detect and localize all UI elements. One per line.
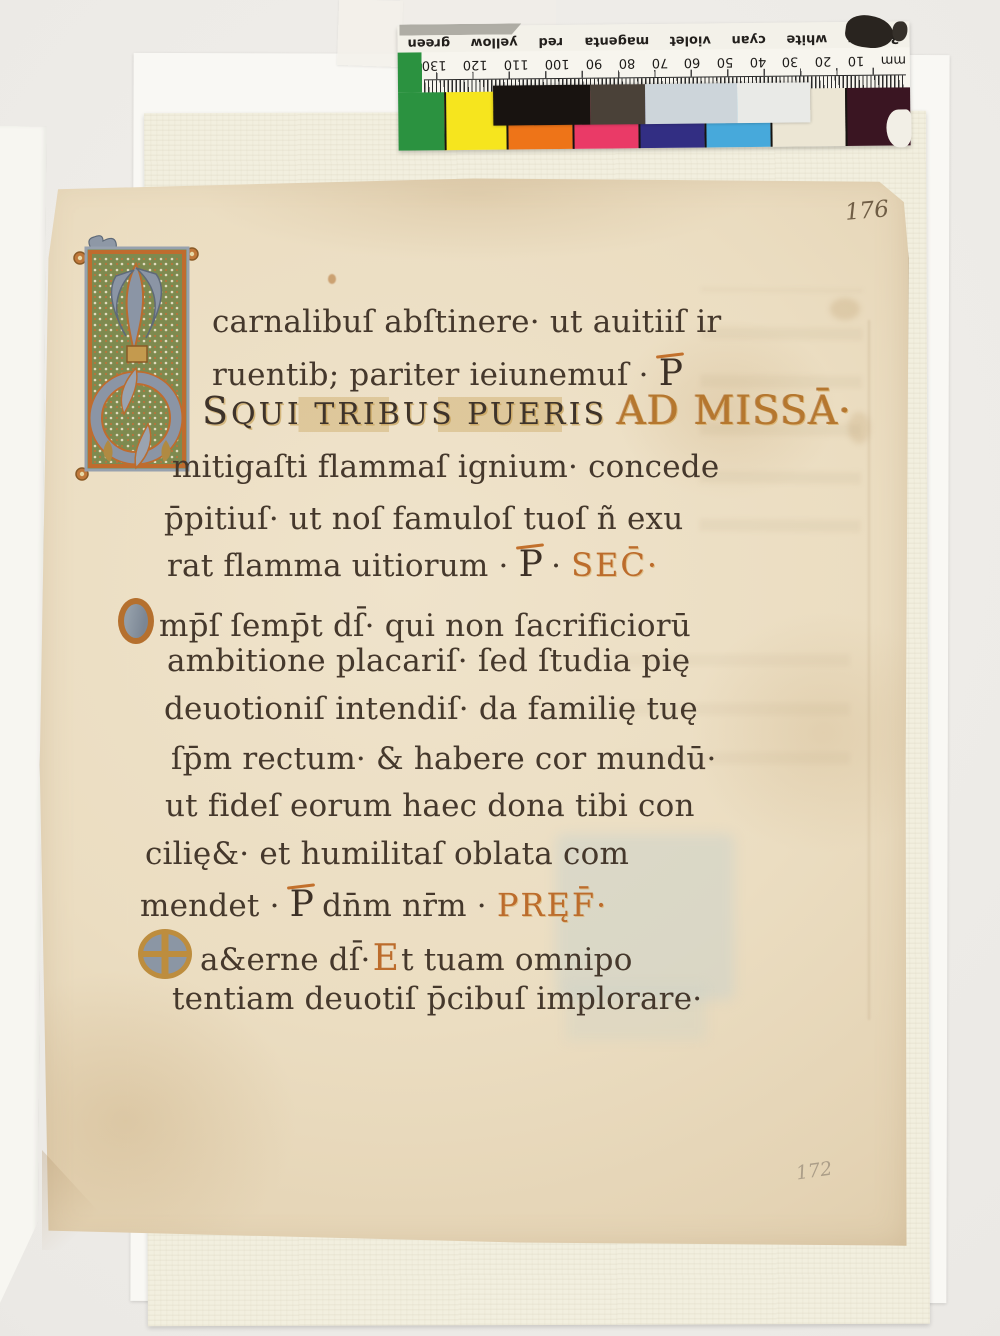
ruler-number: 30 — [782, 49, 799, 68]
ruler-number: 60 — [684, 51, 701, 70]
tape-fragment — [337, 0, 403, 67]
ruler-number: 20 — [815, 49, 832, 68]
gray-step-2 — [590, 84, 645, 125]
ruler-number: 40 — [749, 50, 766, 69]
ruler-number: 90 — [586, 52, 603, 71]
color-label-red: red — [539, 34, 564, 49]
ruler-number: 80 — [618, 51, 635, 70]
color-calibration-bar: greenyellowredmagentavioletcyanwhite3-co… — [397, 21, 910, 150]
gray-step-3 — [645, 83, 737, 124]
paint-chip — [886, 109, 911, 147]
ruler-number: 130 — [422, 53, 447, 72]
ruler-number: 70 — [651, 51, 668, 70]
grayscale-step-wedge — [493, 82, 810, 125]
ruler-number: 100 — [545, 52, 570, 71]
gray-step-4 — [737, 82, 810, 123]
color-label-violet: violet — [670, 32, 712, 47]
ruler-number: 120 — [463, 53, 488, 72]
color-label-white: white — [787, 31, 828, 46]
ruler-number: 110 — [504, 52, 529, 71]
color-label-yellow: yellow — [471, 34, 518, 49]
illuminated-initial-D — [70, 234, 202, 486]
ruler-number: 50 — [717, 50, 734, 69]
ruler-unit: mm — [880, 48, 906, 67]
gray-tape-mark — [399, 23, 521, 35]
ruler-number: 10 — [848, 49, 865, 68]
album-sheet-edge-left — [0, 126, 47, 1304]
gray-step-1 — [493, 85, 590, 126]
color-label-cyan: cyan — [732, 32, 766, 47]
color-label-magenta: magenta — [584, 33, 649, 49]
color-patch-green — [398, 92, 445, 150]
folio-number: 176 — [844, 196, 890, 226]
color-label-green: green — [407, 35, 450, 50]
